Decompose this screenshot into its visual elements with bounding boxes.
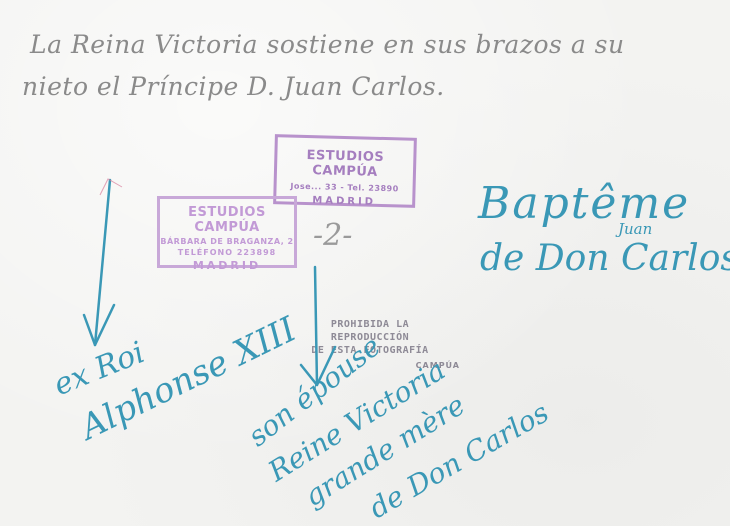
studio-stamp-lower: ESTUDIOS CAMPÚA BÁRBARA DE BRAGANZA, 2 T… (157, 196, 297, 268)
arrow-down-left-icon (80, 175, 120, 355)
note-juan-correction: Juan (618, 220, 652, 238)
pencil-caption-line-1: La Reina Victoria sostiene en sus brazos… (30, 30, 625, 59)
pencil-caption-line-2: nieto el Príncipe D. Juan Carlos. (22, 72, 445, 101)
stamp-upper-address: Jose... 33 - Tel. 23890 (276, 181, 412, 194)
page-number: -2- (313, 218, 352, 253)
stamp-lower-phone: TELÉFONO 223898 (160, 248, 294, 257)
stamp-lower-name: ESTUDIOS CAMPÚA (160, 205, 294, 235)
stamp-lower-city: MADRID (160, 259, 294, 272)
note-bapteme: Baptême (478, 178, 690, 229)
photo-back-paper: La Reina Victoria sostiene en sus brazos… (0, 0, 730, 526)
stamp-upper-name: ESTUDIOS CAMPÚA (277, 147, 414, 181)
note-de-don-carlos: de Don Carlos (480, 238, 730, 279)
stamp-lower-address: BÁRBARA DE BRAGANZA, 2 (160, 237, 294, 246)
